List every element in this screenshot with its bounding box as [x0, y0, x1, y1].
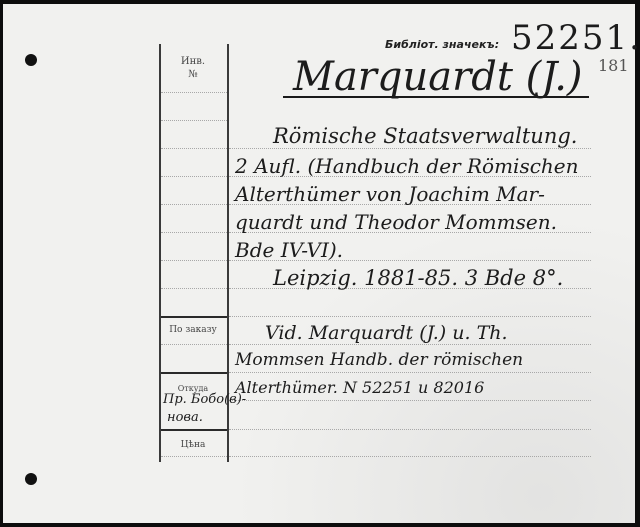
column-rule — [161, 344, 227, 345]
volumes-line: Bde IV-VI). — [235, 238, 343, 262]
column-rule — [161, 288, 227, 289]
column-rule — [161, 148, 227, 149]
main-rule — [229, 429, 591, 430]
main-rule — [229, 372, 591, 373]
section-divider — [161, 316, 227, 318]
main-rule — [229, 456, 591, 457]
column-left-border — [159, 44, 161, 462]
main-rule — [229, 316, 591, 317]
column-rule — [161, 92, 227, 93]
punch-hole-bottom — [25, 473, 37, 485]
series-line-1: Alterthümer von Joachim Mar- — [235, 182, 545, 206]
source-value-line1: Пр. Бобо(в)- — [163, 392, 246, 407]
reference-line-3: Alterthümer. N 52251 u 82016 — [235, 378, 484, 397]
inv-number-sign: № — [161, 69, 225, 80]
column-rule — [161, 456, 227, 457]
main-rule — [229, 148, 591, 149]
imprint-line: Leipzig. 1881-85. 3 Bde 8°. — [273, 266, 563, 290]
library-mark-label: Библіот. значекъ: — [385, 38, 499, 51]
order-label: По заказу — [161, 325, 225, 335]
author-underline — [283, 96, 589, 98]
column-rule — [161, 232, 227, 233]
column-rule — [161, 260, 227, 261]
column-rule — [161, 176, 227, 177]
edition-line: 2 Aufl. (Handbuch der Römischen — [235, 154, 579, 178]
source-value-line2: нова. — [167, 410, 203, 425]
section-divider — [161, 429, 227, 431]
inv-label: Инв. — [161, 56, 225, 67]
column-rule — [161, 204, 227, 205]
title-line: Römische Staatsverwaltung. — [273, 124, 577, 148]
main-rule — [229, 344, 591, 345]
punch-hole-top — [25, 54, 37, 66]
price-label: Цѣна — [161, 440, 225, 450]
pencil-note: 181 — [598, 56, 629, 75]
library-mark-value: 52251. — [511, 18, 640, 58]
catalog-card: Инв. № По заказу Откуда Пр. Бобо(в)- нов… — [3, 4, 635, 523]
reference-line-2: Mommsen Handb. der römischen — [235, 350, 523, 370]
main-rule — [229, 400, 591, 401]
reference-line-1: Vid. Marquardt (J.) u. Th. — [265, 322, 508, 344]
series-line-2: quardt und Theodor Mommsen. — [235, 210, 557, 234]
section-divider — [161, 372, 227, 374]
author-heading: Marquardt (J.) — [293, 54, 583, 100]
column-rule — [161, 120, 227, 121]
